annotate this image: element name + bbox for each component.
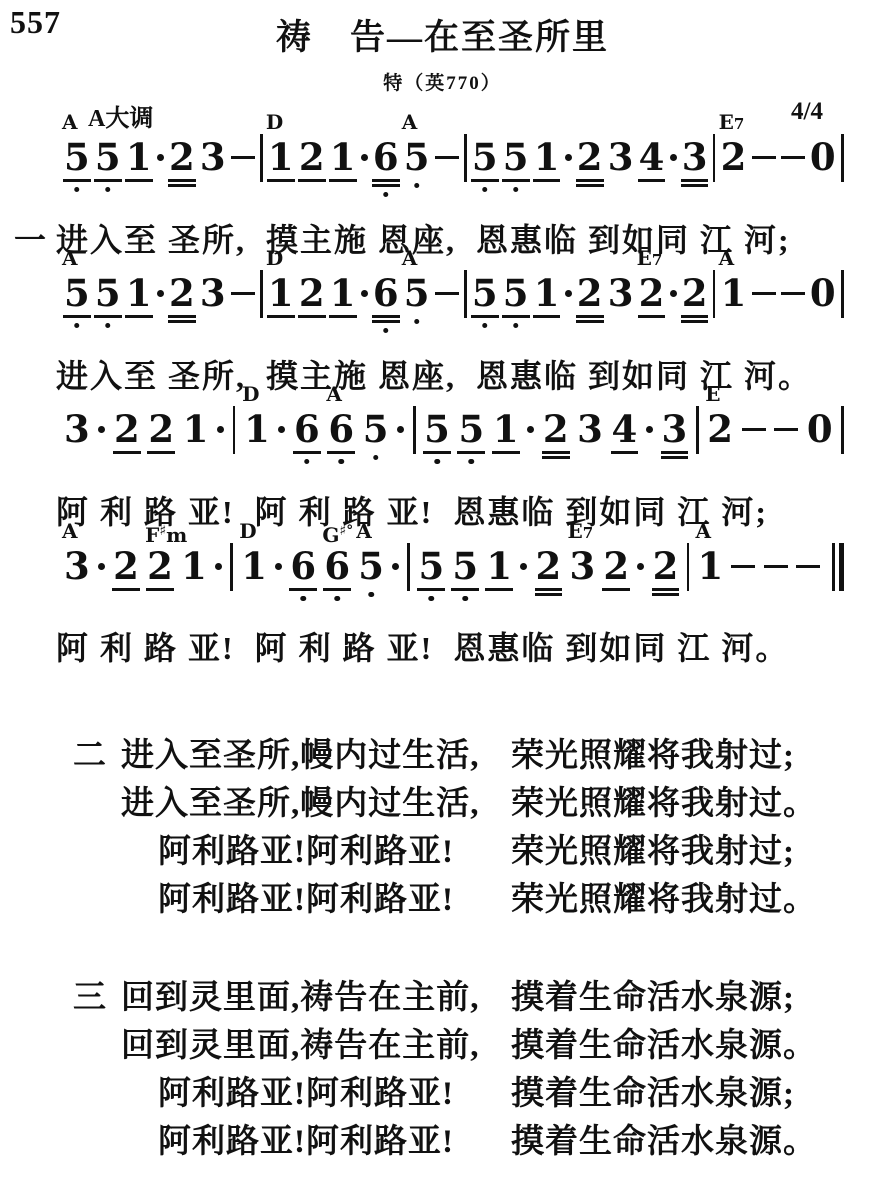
low-octave-dot <box>373 455 379 461</box>
augmentation-dot <box>361 290 368 297</box>
barline <box>713 270 716 318</box>
note-5: 5 <box>424 410 450 448</box>
note-4: 4 <box>639 138 665 176</box>
note-2: 2 <box>653 547 679 585</box>
low-octave-dot <box>304 459 310 465</box>
sustain-dash <box>231 292 255 295</box>
note-1: 1 <box>486 547 512 585</box>
barline <box>413 406 416 454</box>
barline <box>464 134 467 182</box>
note-2: 2 <box>299 138 325 176</box>
sustain-dash <box>752 292 776 295</box>
barline <box>841 134 844 182</box>
verse-line: 进入至圣所,幔内过生活,荣光照耀将我射过。 <box>73 784 873 832</box>
note-3: 3A <box>64 547 90 585</box>
final-double-barline <box>828 543 844 591</box>
note-6: 6 <box>373 138 399 176</box>
low-octave-dot <box>301 596 307 602</box>
low-octave-dot <box>482 187 488 193</box>
verse-line: 二进入至圣所,幔内过生活,荣光照耀将我射过; <box>73 736 873 784</box>
augmentation-dot <box>670 154 677 161</box>
note-2: 2 <box>682 274 708 312</box>
barline <box>696 406 699 454</box>
note-1: 1 <box>330 138 356 176</box>
verse-line-left: 阿利路亚!阿利路亚! <box>121 1074 511 1114</box>
chord-label: A <box>62 112 78 132</box>
chord-label: D <box>266 112 283 132</box>
note-5: 5A <box>358 547 384 585</box>
verse-number-marker: 二 <box>73 736 121 776</box>
note-1: 1 <box>534 138 560 176</box>
note-1: 1D <box>244 410 270 448</box>
augmentation-dot <box>527 426 534 433</box>
verse-line: 阿利路亚!阿利路亚!荣光照耀将我射过; <box>73 832 873 880</box>
sustain-dash <box>435 156 459 159</box>
augmentation-dot <box>215 563 222 570</box>
low-octave-dot <box>513 187 519 193</box>
low-octave-dot <box>74 187 80 193</box>
augmentation-dot <box>670 290 677 297</box>
augmentation-dot <box>275 563 282 570</box>
augmentation-dot <box>397 426 404 433</box>
barline <box>230 543 233 591</box>
sustain-dash <box>781 156 805 159</box>
note-5: 5 <box>363 410 389 448</box>
barline <box>841 270 844 318</box>
note-5: 5 <box>503 274 529 312</box>
barline <box>841 406 844 454</box>
low-octave-dot <box>105 187 111 193</box>
note-1: 1 <box>183 410 209 448</box>
music-line-4: 3A22F♯m11D66G♯°5A55123E7221A <box>64 521 844 619</box>
note-5: 5A <box>404 274 430 312</box>
verse-line-left: 阿利路亚!阿利路亚! <box>121 832 511 872</box>
note-3: 3 <box>577 410 603 448</box>
augmentation-dot <box>157 290 164 297</box>
verse-line-right: 摸着生命活水泉源; <box>511 978 873 1018</box>
sustain-dash <box>781 292 805 295</box>
augmentation-dot <box>646 426 653 433</box>
barline <box>687 543 690 591</box>
note-2: 2 <box>169 274 195 312</box>
sustain-dash <box>764 565 788 568</box>
verse-line: 阿利路亚!阿利路亚!摸着生命活水泉源。 <box>73 1122 873 1170</box>
sustain-dash <box>752 156 776 159</box>
verse-line: 三回到灵里面,祷告在主前,摸着生命活水泉源; <box>73 978 873 1026</box>
lyric-text: 进入至 圣所, 摸主施 恩座, 恩惠临 到如同 江 河; <box>56 222 791 258</box>
note-5: 5 <box>472 138 498 176</box>
verse-line-right: 荣光照耀将我射过; <box>511 736 873 776</box>
verse-line-right: 摸着生命活水泉源。 <box>511 1026 873 1066</box>
sustain-dash <box>231 156 255 159</box>
lyric-line-3: 阿 利 路 亚! 阿 利 路 亚! 恩惠临 到如同 江 河; <box>56 494 868 530</box>
lyric-text: 阿 利 路 亚! 阿 利 路 亚! 恩惠临 到如同 江 河。 <box>56 630 789 666</box>
sustain-dash <box>796 565 820 568</box>
barline <box>464 270 467 318</box>
note-1: 1D <box>241 547 267 585</box>
verse-line: 回到灵里面,祷告在主前,摸着生命活水泉源。 <box>73 1026 873 1074</box>
note-5: 5A <box>64 138 90 176</box>
sustain-dash <box>742 428 766 431</box>
verse-line-left: 进入至圣所,幔内过生活, <box>121 784 511 824</box>
verse-line-right: 荣光照耀将我射过。 <box>511 784 873 824</box>
lyric-text: 阿 利 路 亚! 阿 利 路 亚! 恩惠临 到如同 江 河; <box>56 494 768 530</box>
note-5: 5 <box>95 274 121 312</box>
note-6: 6 <box>373 274 399 312</box>
low-octave-dot <box>339 459 345 465</box>
note-2: 2 <box>603 547 629 585</box>
note-2: 2 <box>169 138 195 176</box>
note-1: 1D <box>268 138 294 176</box>
note-2: 2 <box>577 274 603 312</box>
note-1: 1D <box>268 274 294 312</box>
low-octave-dot <box>368 592 374 598</box>
barline <box>407 543 410 591</box>
note-2: 2 <box>577 138 603 176</box>
low-octave-dot <box>469 459 475 465</box>
sustain-dash <box>774 428 798 431</box>
lyric-line-4: 阿 利 路 亚! 阿 利 路 亚! 恩惠临 到如同 江 河。 <box>56 630 868 666</box>
barline <box>233 406 236 454</box>
note-2: 2 <box>148 410 174 448</box>
barline <box>713 134 716 182</box>
note-6: 6 <box>290 547 316 585</box>
chord-label: A <box>402 112 418 132</box>
verse-line-right: 荣光照耀将我射过; <box>511 832 873 872</box>
verse-line-left: 进入至圣所,幔内过生活, <box>121 736 511 776</box>
augmentation-dot <box>217 426 224 433</box>
note-3: 3 <box>64 410 90 448</box>
low-octave-dot <box>414 183 420 189</box>
note-0: 0 <box>810 138 836 176</box>
note-3: 3 <box>200 274 226 312</box>
verse-line: 阿利路亚!阿利路亚!荣光照耀将我射过。 <box>73 880 873 928</box>
verse-line-right: 摸着生命活水泉源; <box>511 1074 873 1114</box>
verse-line: 阿利路亚!阿利路亚!摸着生命活水泉源; <box>73 1074 873 1122</box>
note-1: 1 <box>534 274 560 312</box>
lyric-text: 进入至 圣所, 摸主施 恩座, 恩惠临 到如同 江 河。 <box>56 358 812 394</box>
augmentation-dot <box>361 154 368 161</box>
note-0: 0 <box>807 410 833 448</box>
note-5: 5 <box>458 410 484 448</box>
low-octave-dot <box>429 596 435 602</box>
augmentation-dot <box>278 426 285 433</box>
augmentation-dot <box>565 154 572 161</box>
verse-line-left: 回到灵里面,祷告在主前, <box>121 978 511 1018</box>
music-line-2: 5A51231D2165A551232E721A0 <box>64 248 844 346</box>
subtitle-row: 特（英770） <box>0 68 885 95</box>
note-5: 5 <box>452 547 478 585</box>
augmentation-dot <box>520 563 527 570</box>
note-2: 2E7 <box>721 138 747 176</box>
note-1: 1 <box>126 274 152 312</box>
verse-line-right: 荣光照耀将我射过。 <box>511 880 873 920</box>
barline <box>260 270 263 318</box>
note-3: 3 <box>682 138 708 176</box>
chord-label: E7 <box>719 112 745 134</box>
note-5: 5 <box>503 138 529 176</box>
verse-block-3: 三回到灵里面,祷告在主前,摸着生命活水泉源;回到灵里面,祷告在主前,摸着生命活水… <box>73 978 873 1170</box>
low-octave-dot <box>105 323 111 329</box>
verse-line-left: 阿利路亚!阿利路亚! <box>121 1122 511 1162</box>
note-6: 6G♯° <box>324 547 350 585</box>
barline <box>260 134 263 182</box>
sustain-dash <box>731 565 755 568</box>
music-line-1: 5A51231D2165A55123432E70 <box>64 112 844 210</box>
note-1: 1A <box>721 274 747 312</box>
verse-number-marker: 一 <box>14 222 46 258</box>
note-3: 3 <box>608 138 634 176</box>
low-octave-dot <box>463 596 469 602</box>
verse-number-marker: 三 <box>73 978 121 1018</box>
note-2: 2F♯m <box>147 547 173 585</box>
low-octave-dot <box>74 323 80 329</box>
verse-line-left: 回到灵里面,祷告在主前, <box>121 1026 511 1066</box>
note-5: 5 <box>472 274 498 312</box>
note-2: 2 <box>543 410 569 448</box>
augmentation-dot <box>637 563 644 570</box>
note-3: 3 <box>608 274 634 312</box>
page-title: 祷 告—在至圣所里 <box>276 18 609 57</box>
note-2: 2 <box>299 274 325 312</box>
verse-block-2: 二进入至圣所,幔内过生活,荣光照耀将我射过;进入至圣所,幔内过生活,荣光照耀将我… <box>73 736 873 928</box>
low-octave-dot <box>383 192 389 198</box>
note-1: 1 <box>181 547 207 585</box>
verse-line-left: 阿利路亚!阿利路亚! <box>121 880 511 920</box>
augmentation-dot <box>392 563 399 570</box>
low-octave-dot <box>434 459 440 465</box>
note-4: 4 <box>612 410 638 448</box>
note-2: 2E7 <box>639 274 665 312</box>
note-5: 5 <box>95 138 121 176</box>
low-octave-dot <box>513 323 519 329</box>
sustain-dash <box>435 292 459 295</box>
augmentation-dot <box>565 290 572 297</box>
note-5: 5A <box>404 138 430 176</box>
low-octave-dot <box>414 319 420 325</box>
note-1: 1 <box>126 138 152 176</box>
note-5: 5A <box>64 274 90 312</box>
title-row: 祷 告—在至圣所里 <box>0 10 885 60</box>
note-3: 3E7 <box>569 547 595 585</box>
augmentation-dot <box>98 563 105 570</box>
augmentation-dot <box>157 154 164 161</box>
tune-reference: 特（英770） <box>383 73 502 94</box>
low-octave-dot <box>383 328 389 334</box>
note-2: 2 <box>536 547 562 585</box>
low-octave-dot <box>334 596 340 602</box>
note-2: 2E <box>707 410 733 448</box>
note-1: 1 <box>330 274 356 312</box>
hymn-sheet-page: 557 祷 告—在至圣所里 特（英770） A大调 4/4 5A51231D21… <box>0 0 885 1195</box>
note-2: 2 <box>113 547 139 585</box>
note-6: 6A <box>328 410 354 448</box>
note-5: 5 <box>418 547 444 585</box>
augmentation-dot <box>98 426 105 433</box>
lyric-line-2: 进入至 圣所, 摸主施 恩座, 恩惠临 到如同 江 河。 <box>56 358 868 394</box>
note-2: 2 <box>114 410 140 448</box>
note-3: 3 <box>662 410 688 448</box>
low-octave-dot <box>482 323 488 329</box>
lyric-line-1: 一进入至 圣所, 摸主施 恩座, 恩惠临 到如同 江 河; <box>56 222 868 258</box>
note-0: 0 <box>810 274 836 312</box>
note-6: 6 <box>294 410 320 448</box>
note-1: 1A <box>698 547 724 585</box>
note-1: 1 <box>493 410 519 448</box>
note-3: 3 <box>200 138 226 176</box>
music-line-3: 32211D66A555123432E0 <box>64 384 844 482</box>
verse-line-right: 摸着生命活水泉源。 <box>511 1122 873 1162</box>
